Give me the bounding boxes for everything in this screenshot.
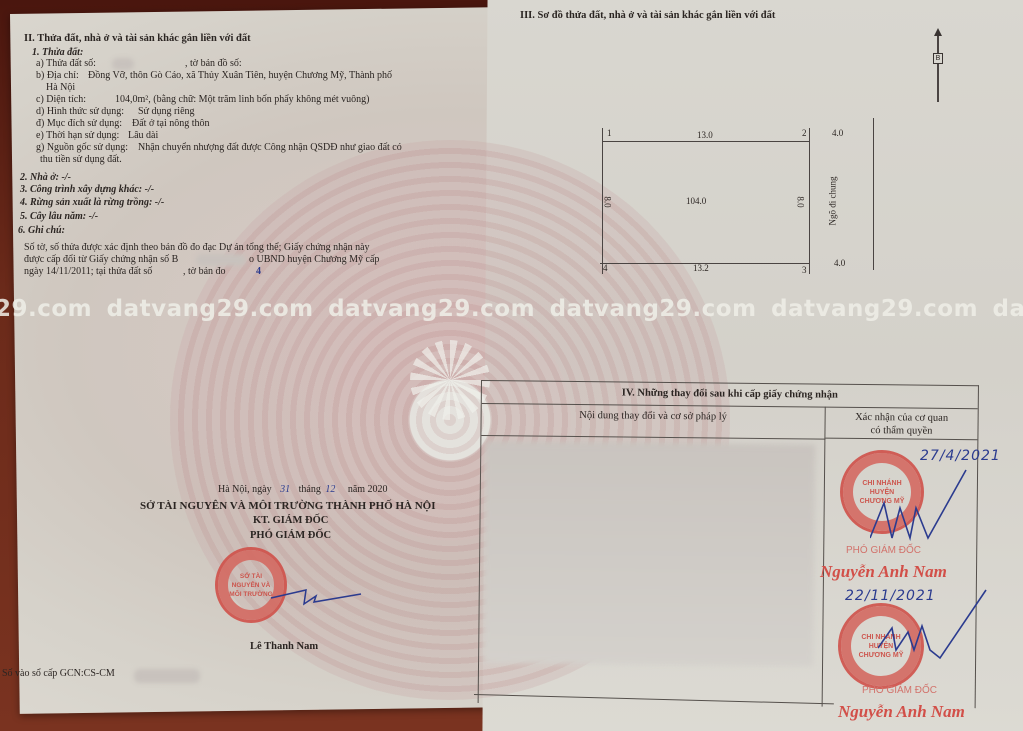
- signing-place-date: Hà Nội, ngày 31 tháng 12 năm 2020: [218, 484, 388, 495]
- month-label: tháng: [299, 484, 321, 495]
- north-arrow-head-icon: [934, 28, 942, 36]
- year-label: năm 2020: [348, 484, 388, 495]
- area-label: c) Diện tích:: [36, 94, 86, 106]
- column-header-confirm: Xác nhận của cơ quan có thẩm quyền: [825, 407, 977, 441]
- signing-month: 12: [325, 484, 335, 495]
- agency-name: SỞ TÀI NGUYÊN VÀ MÔI TRƯỜNG THÀNH PHỐ HÀ…: [140, 500, 436, 512]
- redacted-registry-number: [134, 669, 200, 683]
- left-edge-length: 8.0: [603, 196, 613, 207]
- notes-line-2a: được cấp đổi từ Giấy chứng nhận số B: [24, 254, 178, 266]
- notes-line-3a: ngày 14/11/2011; tại thửa đất số: [24, 266, 152, 278]
- point-3: 3: [802, 265, 807, 275]
- handwritten-note: 4: [256, 266, 261, 277]
- registry-label: Số vào sổ cấp GCN:CS-CM: [2, 668, 115, 679]
- lane-width-top: 4.0: [832, 128, 843, 138]
- signer-name: Lê Thanh Nam: [250, 641, 318, 652]
- usage-purpose-value: Đất ở tại nông thôn: [132, 118, 210, 130]
- point-4: 4: [603, 263, 608, 273]
- confirmation-signer-1: Nguyễn Anh Nam: [820, 562, 947, 582]
- point-2: 2: [802, 128, 807, 138]
- address-label: b) Địa chỉ:: [36, 70, 79, 82]
- confirmation-signer-2: Nguyễn Anh Nam: [838, 702, 965, 722]
- address-value-cont: Hà Nội: [46, 82, 75, 94]
- usage-form-label: d) Hình thức sử dụng:: [36, 106, 124, 118]
- usage-term-value: Lâu dài: [128, 130, 158, 142]
- usage-origin-value: Nhận chuyển nhượng đất được Công nhận QS…: [138, 142, 402, 154]
- north-label: B: [933, 53, 943, 64]
- house-item: 2. Nhà ở: -/-: [20, 172, 71, 183]
- notes-line-3b: , tờ bản đo: [183, 266, 226, 278]
- notes-line-1: Số tờ, số thửa được xác định theo bản đồ…: [24, 242, 370, 254]
- usage-form-value: Sử dụng riêng: [138, 106, 195, 118]
- plot-edge-top: [603, 141, 810, 142]
- usage-origin-label: g) Nguồn gốc sử dụng:: [36, 142, 128, 154]
- drum-star-emblem: [410, 340, 490, 420]
- notes-heading: 6. Ghi chú:: [18, 225, 65, 236]
- watermark-text: g29.com datvang29.com datvang29.com datv…: [0, 296, 1023, 322]
- confirmation-title-2: PHÓ GIÁM ĐỐC: [862, 685, 937, 696]
- area-value: 104,0m², (bằng chữ: Một trăm linh bốn ph…: [115, 94, 370, 106]
- shared-lane-label: Ngõ đi chung: [828, 177, 838, 226]
- notes-line-2b: o UBND huyện Chương Mỹ cấp: [249, 254, 379, 266]
- plot-area: 104.0: [686, 196, 706, 206]
- confirm-header-line-2: có thẩm quyền: [825, 424, 977, 439]
- lane-boundary: [873, 118, 874, 270]
- plot-edge-right: [809, 128, 810, 274]
- usage-term-label: e) Thời hạn sử dụng:: [36, 130, 119, 142]
- address-value: Đồng Vỡ, thôn Gò Cáo, xã Thủy Xuân Tiên,…: [88, 70, 392, 82]
- perennial-item: 5. Cây lâu năm: -/-: [20, 211, 98, 222]
- other-construction-item: 3. Công trình xây dựng khác: -/-: [20, 184, 154, 195]
- director-signature: [266, 582, 366, 610]
- map-sheet-label: , tờ bản đồ số:: [185, 58, 242, 70]
- confirmation-title-1: PHÓ GIÁM ĐỐC: [846, 545, 921, 556]
- section-2-title: II. Thửa đất, nhà ở và tài sản khác gắn …: [24, 33, 251, 44]
- redacted-parcel-number: [112, 58, 134, 70]
- deputy-director-title: PHÓ GIÁM ĐỐC: [250, 530, 331, 541]
- top-edge-length: 13.0: [697, 130, 713, 140]
- right-edge-length: 8.0: [796, 196, 806, 207]
- land-heading: 1. Thửa đất:: [32, 47, 83, 58]
- usage-origin-value-cont: thu tiền sử dụng đất.: [40, 154, 122, 166]
- usage-purpose-label: đ) Mục đích sử dụng:: [36, 118, 122, 130]
- signing-day: 31: [280, 484, 290, 495]
- bottom-edge-length: 13.2: [693, 263, 709, 273]
- column-header-content: Nội dung thay đổi và cơ sở pháp lý: [481, 403, 825, 440]
- redacted-certificate-number: [196, 254, 246, 266]
- kt-director-title: KT. GIÁM ĐỐC: [253, 515, 328, 526]
- place-date-prefix: Hà Nội, ngày: [218, 484, 272, 495]
- redacted-change-content: [483, 441, 815, 666]
- lane-width-bottom: 4.0: [834, 258, 845, 268]
- signature-1: [870, 468, 970, 548]
- confirmation-date-1: 27/4/2021: [920, 448, 1001, 464]
- section-3-title: III. Sơ đồ thửa đất, nhà ở và tài sản kh…: [520, 10, 775, 21]
- point-1: 1: [607, 128, 612, 138]
- signature-2: [878, 588, 988, 668]
- parcel-number-label: a) Thửa đất số:: [36, 58, 96, 70]
- forest-item: 4. Rừng sản xuất là rừng trồng: -/-: [20, 197, 164, 208]
